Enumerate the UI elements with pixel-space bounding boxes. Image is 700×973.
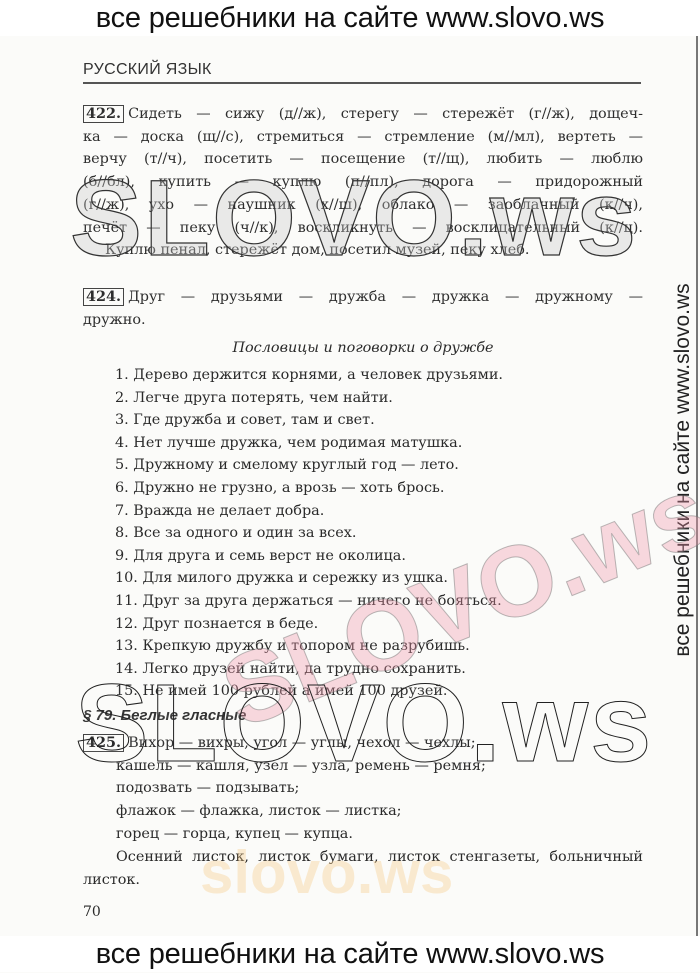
proverb-item: 14. Легко друзей найти, да трудно сохран…: [115, 658, 503, 681]
side-watermark: все решебники на сайте www.slovo.ws: [671, 283, 695, 656]
exercise-number: 424.: [83, 288, 124, 306]
proverb-item: 15. Не имей 100 рублей а имей 100 друзей…: [115, 680, 503, 703]
proverb-item: 12. Друг познается в беде.: [115, 613, 503, 636]
proverb-item: 1. Дерево держится корнями, а человек др…: [115, 364, 503, 387]
bottom-watermark-banner: все решебники на сайте www.slovo.ws: [0, 936, 700, 972]
page-header: РУССКИЙ ЯЗЫК: [83, 61, 641, 84]
proverb-item: 9. Для друга и семь верст не околица.: [115, 545, 503, 568]
exercise-424: 424.Друг — друзьями — дружба — дружка — …: [83, 286, 643, 331]
proverb-item: 13. Крепкую дружбу и топором не разрубиш…: [115, 635, 503, 658]
section-title: § 79. Беглые гласные: [83, 707, 246, 724]
proverb-item: 2. Легче друга потерять, чем найти.: [115, 387, 503, 410]
proverbs-list: 1. Дерево держится корнями, а человек др…: [115, 364, 503, 703]
proverb-item: 10. Для милого дружка и сережку из ушка.: [115, 567, 503, 590]
exercise-422-line: (б//бл), купить — куплю (п//пл), дорога …: [83, 171, 643, 194]
exercise-422-line: ка — доска (щ//с), стремиться — стремлен…: [83, 126, 643, 149]
exercise-425-sentence: Осенний листок, листок бумаги, листок ст…: [83, 846, 643, 891]
exercise-425-line: флажок — флажка, листок — листка;: [83, 800, 486, 823]
proverb-item: 8. Все за одного и один за всех.: [115, 522, 503, 545]
exercise-422-line: (г//ж), ухо — наушник (х//ш), облако — з…: [83, 194, 643, 217]
proverb-item: 11. Друг за друга держаться — ничего не …: [115, 590, 503, 613]
top-watermark-banner: все решебники на сайте www.slovo.ws: [0, 0, 700, 36]
proverb-item: 5. Дружному и смелому круглый год — лето…: [115, 454, 503, 477]
page-number: 70: [83, 904, 101, 920]
exercise-425: 425.Вихор — вихры, угол — углы, чехол — …: [83, 732, 486, 846]
proverb-item: 4. Нет лучше дружка, чем родимая матушка…: [115, 432, 503, 455]
exercise-425-line: кашель — кашля, узел — узла, ремень — ре…: [83, 755, 486, 778]
exercise-424-line: дружно.: [83, 309, 643, 332]
proverb-item: 6. Дружно не грузно, а врозь — хоть брос…: [115, 477, 503, 500]
exercise-425-line: горец — горца, купец — купца.: [83, 823, 486, 846]
exercise-422-line: верчу (т//ч), посетить — посещение (т//щ…: [83, 148, 643, 171]
exercise-422-sentence: Куплю пенал, стережёт дом, посетил музей…: [83, 239, 643, 262]
exercise-422-line: 422.Сидеть — сижу (д//ж), стерегу — стер…: [83, 103, 643, 126]
exercise-424-line: 424.Друг — друзьями — дружба — дружка — …: [83, 286, 643, 309]
page-edge-line: [696, 36, 698, 936]
exercise-422: 422.Сидеть — сижу (д//ж), стерегу — стер…: [83, 103, 643, 262]
exercise-425-line: подозвать — подзывать;: [83, 777, 486, 800]
exercise-number: 425.: [83, 734, 124, 752]
proverbs-subtitle: Пословицы и поговорки о дружбе: [83, 340, 643, 356]
exercise-425-line: 425.Вихор — вихры, угол — углы, чехол — …: [83, 732, 486, 755]
proverb-item: 7. Вражда не делает добра.: [115, 500, 503, 523]
exercise-number: 422.: [83, 105, 124, 123]
proverb-item: 3. Где дружба и совет, там и свет.: [115, 409, 503, 432]
exercise-422-line: печёт — пеку (ч//к), воскликнуть — воскл…: [83, 217, 643, 240]
